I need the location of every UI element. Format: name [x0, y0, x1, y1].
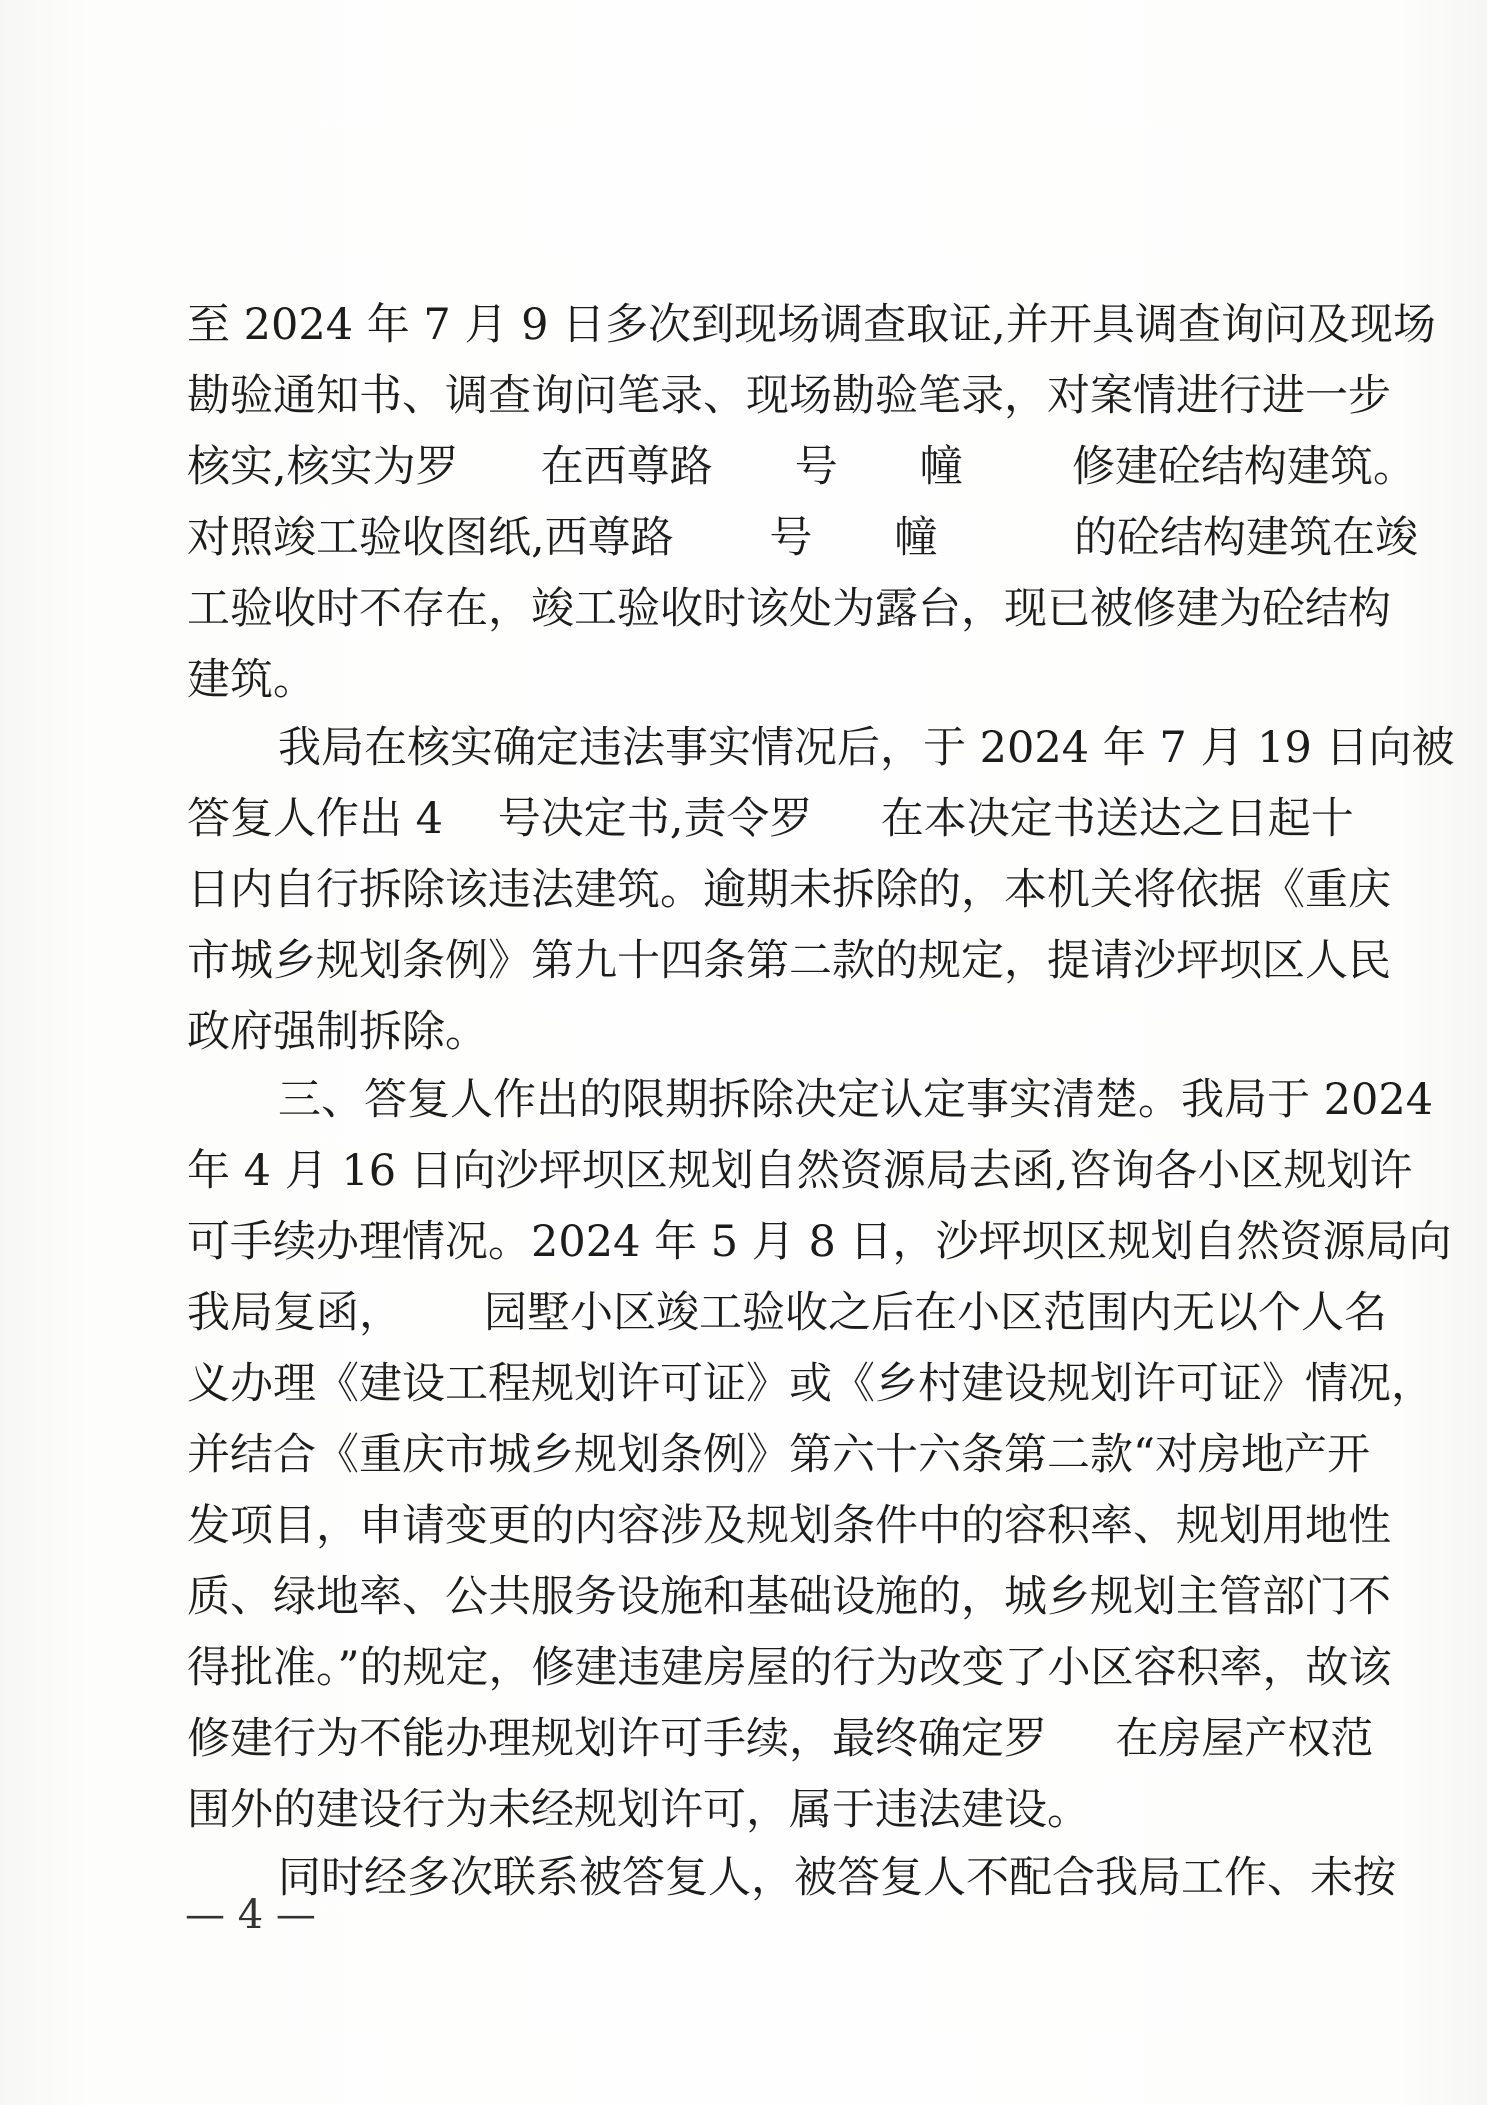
body-line-2: 勘验通知书、调查询问笔录、现场勘验笔录，对案情进行进一步 — [187, 366, 1287, 426]
body-line-20: 得批准。”的规定，修建违建房屋的行为改变了小区容积率，故该 — [187, 1638, 1287, 1698]
body-line-12: 三、答复人作出的限期拆除决定认定事实清楚。我局于 2024 — [278, 1070, 1287, 1130]
body-line-10: 市城乡规划条例》第九十四条第二款的规定，提请沙坪坝区人民 — [187, 931, 1287, 991]
body-line-17: 并结合《重庆市城乡规划条例》第六十六条第二款“对房地产开 — [187, 1425, 1287, 1485]
body-line-19: 质、绿地率、公共服务设施和基础设施的，城乡规划主管部门不 — [187, 1567, 1287, 1627]
body-line-15: 我局复函， 园墅小区竣工验收之后在小区范围内无以个人名 — [187, 1283, 1287, 1343]
body-line-6: 建筑。 — [187, 650, 1287, 710]
body-line-16: 义办理《建设工程规划许可证》或《乡村建设规划许可证》情况， — [187, 1354, 1287, 1414]
document-page: 至 2024 年 7 月 9 日多次到现场调查取证,并开具调查询问及现场 勘验通… — [0, 0, 1487, 2105]
body-line-5: 工验收时不存在，竣工验收时该处为露台，现已被修建为砼结构 — [187, 579, 1287, 639]
body-line-4: 对照竣工验收图纸,西尊路 号 幢 的砼结构建筑在竣 — [187, 508, 1287, 568]
body-line-9: 日内自行拆除该违法建筑。逾期未拆除的，本机关将依据《重庆 — [187, 860, 1287, 920]
body-line-13: 年 4 月 16 日向沙坪坝区规划自然资源局去函,咨询各小区规划许 — [187, 1141, 1287, 1201]
body-line-14: 可手续办理情况。2024 年 5 月 8 日，沙坪坝区规划自然资源局向 — [187, 1212, 1287, 1272]
body-line-23: 同时经多次联系被答复人，被答复人不配合我局工作、未按 — [278, 1848, 1287, 1908]
body-line-18: 发项目，申请变更的内容涉及规划条件中的容积率、规划用地性 — [187, 1496, 1287, 1556]
body-line-11: 政府强制拆除。 — [187, 1002, 1287, 1062]
body-line-3: 核实,核实为罗 在西尊路 号 幢 修建砼结构建筑。 — [187, 437, 1287, 497]
page-number: — 4 — — [185, 1890, 316, 1940]
body-line-8: 答复人作出 4 号决定书,责令罗 在本决定书送达之日起十 — [187, 789, 1287, 849]
body-line-1: 至 2024 年 7 月 9 日多次到现场调查取证,并开具调查询问及现场 — [187, 295, 1287, 355]
body-line-7: 我局在核实确定违法事实情况后，于 2024 年 7 月 19 日向被 — [278, 718, 1287, 778]
body-line-21: 修建行为不能办理规划许可手续，最终确定罗 在房屋产权范 — [187, 1709, 1287, 1769]
body-line-22: 围外的建设行为未经规划许可，属于违法建设。 — [187, 1780, 1287, 1840]
